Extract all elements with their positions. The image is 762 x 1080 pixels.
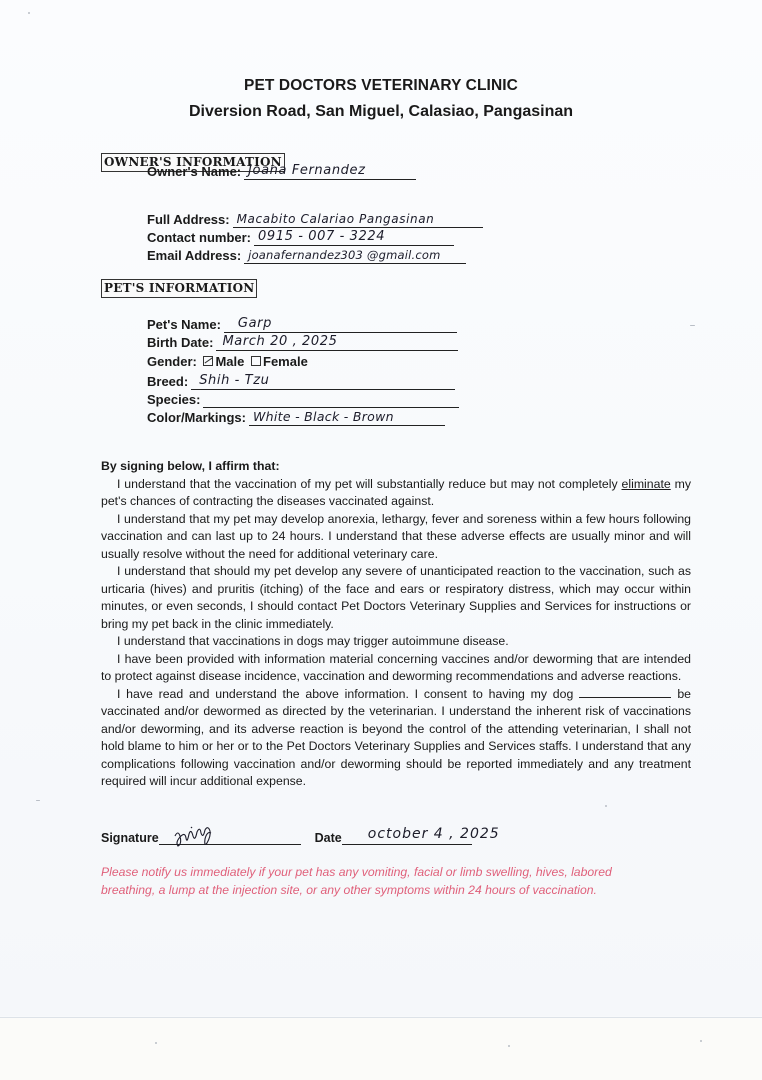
- owner-name-line[interactable]: Joana Fernandez: [244, 161, 416, 180]
- clinic-name: PET DOCTORS VETERINARY CLINIC: [0, 77, 762, 95]
- male-option-label: Male: [215, 354, 244, 369]
- owner-name-label: Owner's Name:: [147, 164, 241, 180]
- breed-field[interactable]: Breed: Shih - Tzu: [147, 372, 455, 390]
- species-label: Species:: [147, 392, 200, 408]
- affirmation-paragraph-3: I understand that should my pet develop …: [101, 563, 691, 633]
- contact-number-line[interactable]: 0915 - 007 - 3224: [254, 227, 454, 246]
- affirmation-paragraph-6: I have read and understand the above inf…: [101, 686, 691, 791]
- color-markings-field[interactable]: Color/Markings: White - Black - Brown: [147, 408, 445, 426]
- color-markings-label: Color/Markings:: [147, 410, 246, 426]
- gender-field: Gender: Male Female: [147, 354, 308, 369]
- scan-speck: [28, 12, 30, 14]
- breed-line[interactable]: Shih - Tzu: [191, 371, 455, 390]
- full-address-value: Macabito Calariao Pangasinan: [237, 212, 435, 226]
- scan-speck: [605, 805, 607, 807]
- full-address-label: Full Address:: [147, 212, 230, 228]
- color-markings-line[interactable]: White - Black - Brown: [249, 407, 445, 426]
- contact-number-label: Contact number:: [147, 230, 251, 246]
- scan-speck: [690, 325, 695, 326]
- affirmation-paragraph-1: I understand that the vaccination of my …: [101, 476, 691, 511]
- p1-text-start: I understand that the vaccination of my …: [117, 477, 622, 491]
- female-option-label: Female: [263, 354, 308, 369]
- email-address-line[interactable]: joanafernandez303 @gmail.com: [244, 245, 466, 264]
- owner-name-field[interactable]: Owner's Name: Joana Fernandez: [147, 162, 416, 180]
- form-page: PET DOCTORS VETERINARY CLINIC Diversion …: [0, 0, 762, 1016]
- female-checkbox[interactable]: [251, 356, 261, 366]
- affirmation-section: By signing below, I affirm that: I under…: [101, 458, 691, 791]
- pet-name-line[interactable]: Garp: [224, 314, 457, 333]
- p1-underlined-word: eliminate: [622, 477, 671, 491]
- contact-number-field[interactable]: Contact number: 0915 - 007 - 3224: [147, 228, 454, 246]
- signature-line[interactable]: [159, 828, 301, 845]
- birth-date-field[interactable]: Birth Date: March 20 , 2025: [147, 333, 458, 351]
- birth-date-line[interactable]: March 20 , 2025: [216, 332, 458, 351]
- email-address-field[interactable]: Email Address: joanafernandez303 @gmail.…: [147, 246, 466, 264]
- date-label: Date: [315, 831, 342, 845]
- pet-name-label: Pet's Name:: [147, 317, 221, 333]
- birth-date-value: March 20 , 2025: [222, 334, 337, 349]
- dog-name-blank[interactable]: [579, 686, 671, 698]
- scan-speck: [36, 800, 40, 801]
- breed-label: Breed:: [147, 374, 188, 390]
- pet-section-heading: PET'S INFORMATION: [101, 279, 257, 298]
- clinic-address: Diversion Road, San Miguel, Calasiao, Pa…: [0, 103, 762, 121]
- email-address-value: joanafernandez303 @gmail.com: [248, 248, 440, 262]
- signature-row: Signature Date october 4 , 2025: [101, 828, 472, 845]
- scan-bottom-edge: [0, 1017, 762, 1080]
- color-markings-value: White - Black - Brown: [253, 409, 394, 424]
- signature-label: Signature: [101, 831, 159, 845]
- pet-name-value: Garp: [238, 316, 272, 331]
- p6-text-end: be vaccinated and/or dewormed as directe…: [101, 687, 691, 789]
- breed-value: Shih - Tzu: [199, 373, 269, 388]
- scan-speck: [508, 1045, 510, 1047]
- date-value: october 4 , 2025: [368, 826, 500, 842]
- affirmation-paragraph-4: I understand that vaccinations in dogs m…: [101, 633, 691, 651]
- male-checkbox[interactable]: [203, 356, 213, 366]
- owner-name-value: Joana Fernandez: [248, 163, 365, 178]
- pet-name-field[interactable]: Pet's Name: Garp: [147, 315, 457, 333]
- email-address-label: Email Address:: [147, 248, 241, 264]
- full-address-line[interactable]: Macabito Calariao Pangasinan: [233, 209, 483, 228]
- gender-label: Gender:: [147, 354, 197, 369]
- p6-text-start: I have read and understand the above inf…: [117, 687, 573, 701]
- contact-number-value: 0915 - 007 - 3224: [258, 229, 385, 244]
- species-field[interactable]: Species:: [147, 390, 459, 408]
- affirmation-paragraph-2: I understand that my pet may develop ano…: [101, 511, 691, 564]
- post-vaccination-notice: Please notify us immediately if your pet…: [101, 863, 661, 899]
- date-line[interactable]: october 4 , 2025: [342, 828, 472, 845]
- affirmation-paragraph-5: I have been provided with information ma…: [101, 651, 691, 686]
- scan-speck: [700, 1040, 702, 1042]
- full-address-field[interactable]: Full Address: Macabito Calariao Pangasin…: [147, 210, 483, 228]
- species-line[interactable]: [203, 389, 459, 408]
- signature-scribble-icon: [171, 824, 231, 852]
- birth-date-label: Birth Date:: [147, 335, 213, 351]
- scan-speck: [155, 1042, 157, 1044]
- affirmation-heading: By signing below, I affirm that:: [101, 458, 691, 476]
